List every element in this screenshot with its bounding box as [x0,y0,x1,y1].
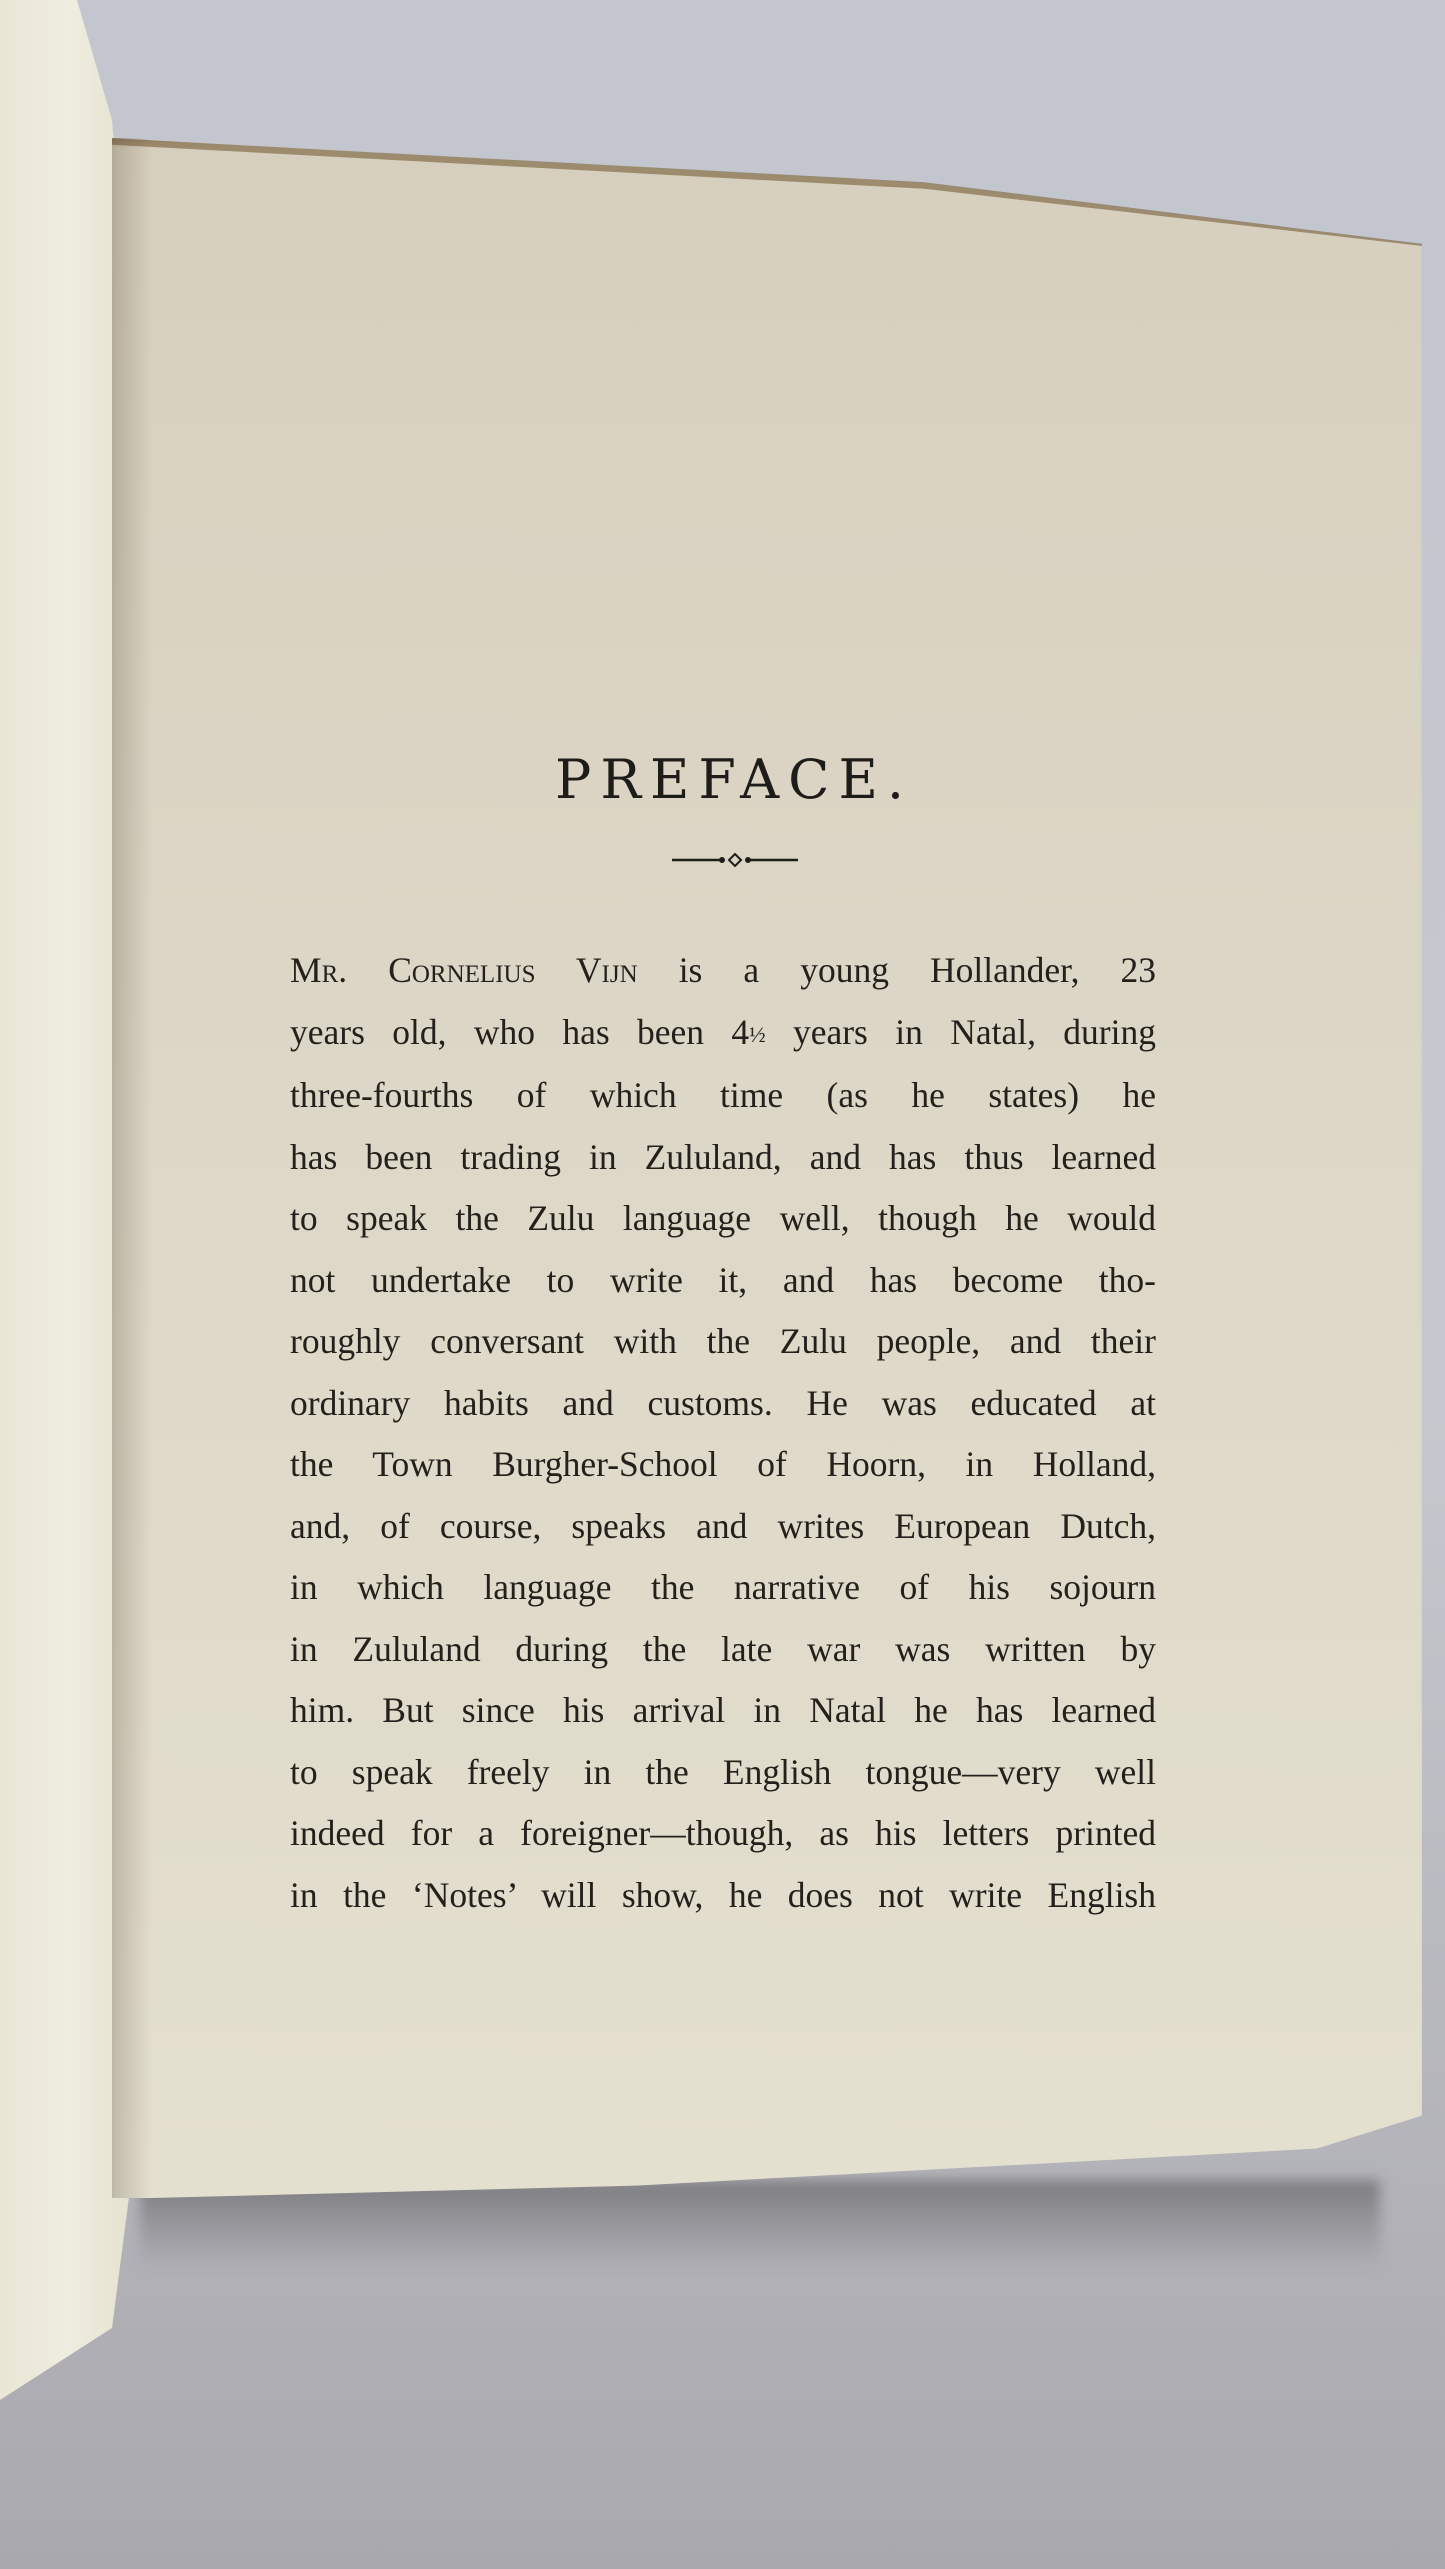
text-line-6: not undertake to write it, and has becom… [290,1250,1156,1312]
text-line-12: in Zululand during the late war was writ… [290,1619,1156,1681]
text-line-2: years old, who has been 4½ years in Nata… [290,1002,1156,1066]
author-name: Cornelius Vijn [388,950,637,990]
text-line-15: indeed for a foreigner—though, as his le… [290,1803,1156,1865]
text-line-7: roughly conversant with the Zulu people,… [290,1311,1156,1373]
text-line-13: him. But since his arrival in Natal he h… [290,1680,1156,1742]
line-text: years old, who has been 4 [290,1012,749,1052]
line-text: is a young Hollander, 23 [638,950,1156,990]
text-line-10: and, of course, speaks and writes Europe… [290,1496,1156,1558]
text-line-5: to speak the Zulu language well, though … [290,1188,1156,1250]
text-line-11: in which language the narrative of his s… [290,1557,1156,1619]
ornament-rule-icon [672,853,798,867]
text-line-16: in the ‘Notes’ will show, he does not wr… [290,1865,1156,1927]
text-line-3: three-fourths of which time (as he state… [290,1065,1156,1127]
text-line-8: ordinary habits and customs. He was educ… [290,1373,1156,1435]
text-line-4: has been trading in Zululand, and has th… [290,1127,1156,1189]
text-line-1: Mr. Cornelius Vijn is a young Hollander,… [290,940,1156,1002]
line-text: years in Natal, during [766,1012,1156,1052]
page-title: PREFACE. [555,748,913,811]
preface-body: Mr. Cornelius Vijn is a young Hollander,… [290,940,1156,1926]
text-line-9: the Town Burgher-School of Hoorn, in Hol… [290,1434,1156,1496]
text-line-14: to speak freely in the English tongue—ve… [290,1742,1156,1804]
honorific: Mr. [290,950,347,990]
gutter-shadow [112,138,152,2198]
fraction: ½ [749,1022,766,1047]
